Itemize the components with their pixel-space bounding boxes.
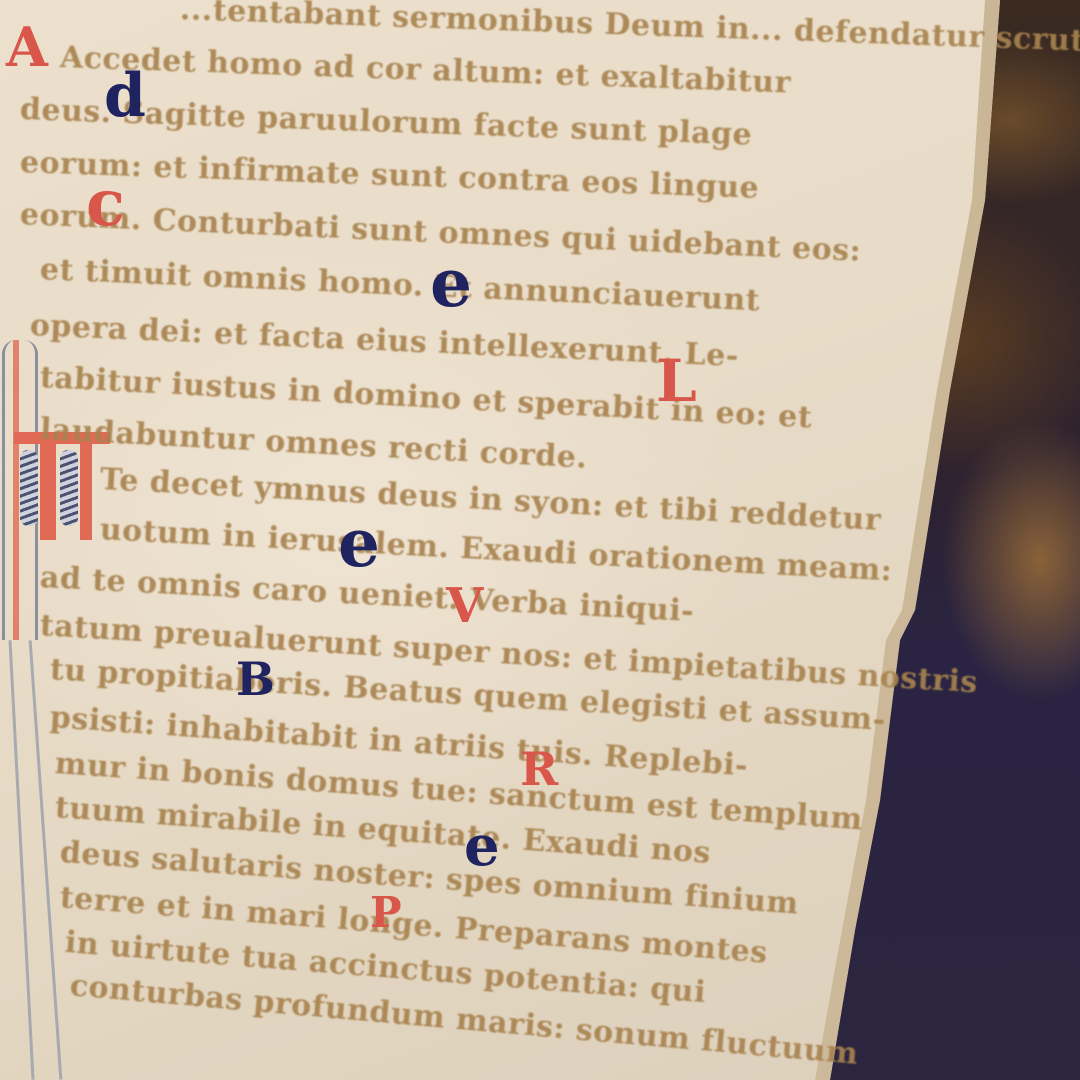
- initial-e: e: [464, 818, 500, 874]
- initial-V: V: [446, 582, 483, 630]
- initial-L: L: [656, 352, 697, 410]
- initial-d: d: [104, 66, 146, 126]
- initial-R: R: [520, 746, 558, 792]
- initial-A: A: [6, 20, 48, 74]
- initial-B: B: [236, 656, 275, 702]
- initial-e: e: [338, 510, 380, 576]
- initial-c: c: [86, 172, 125, 236]
- initial-e: e: [430, 250, 472, 316]
- initial-P: P: [370, 892, 402, 934]
